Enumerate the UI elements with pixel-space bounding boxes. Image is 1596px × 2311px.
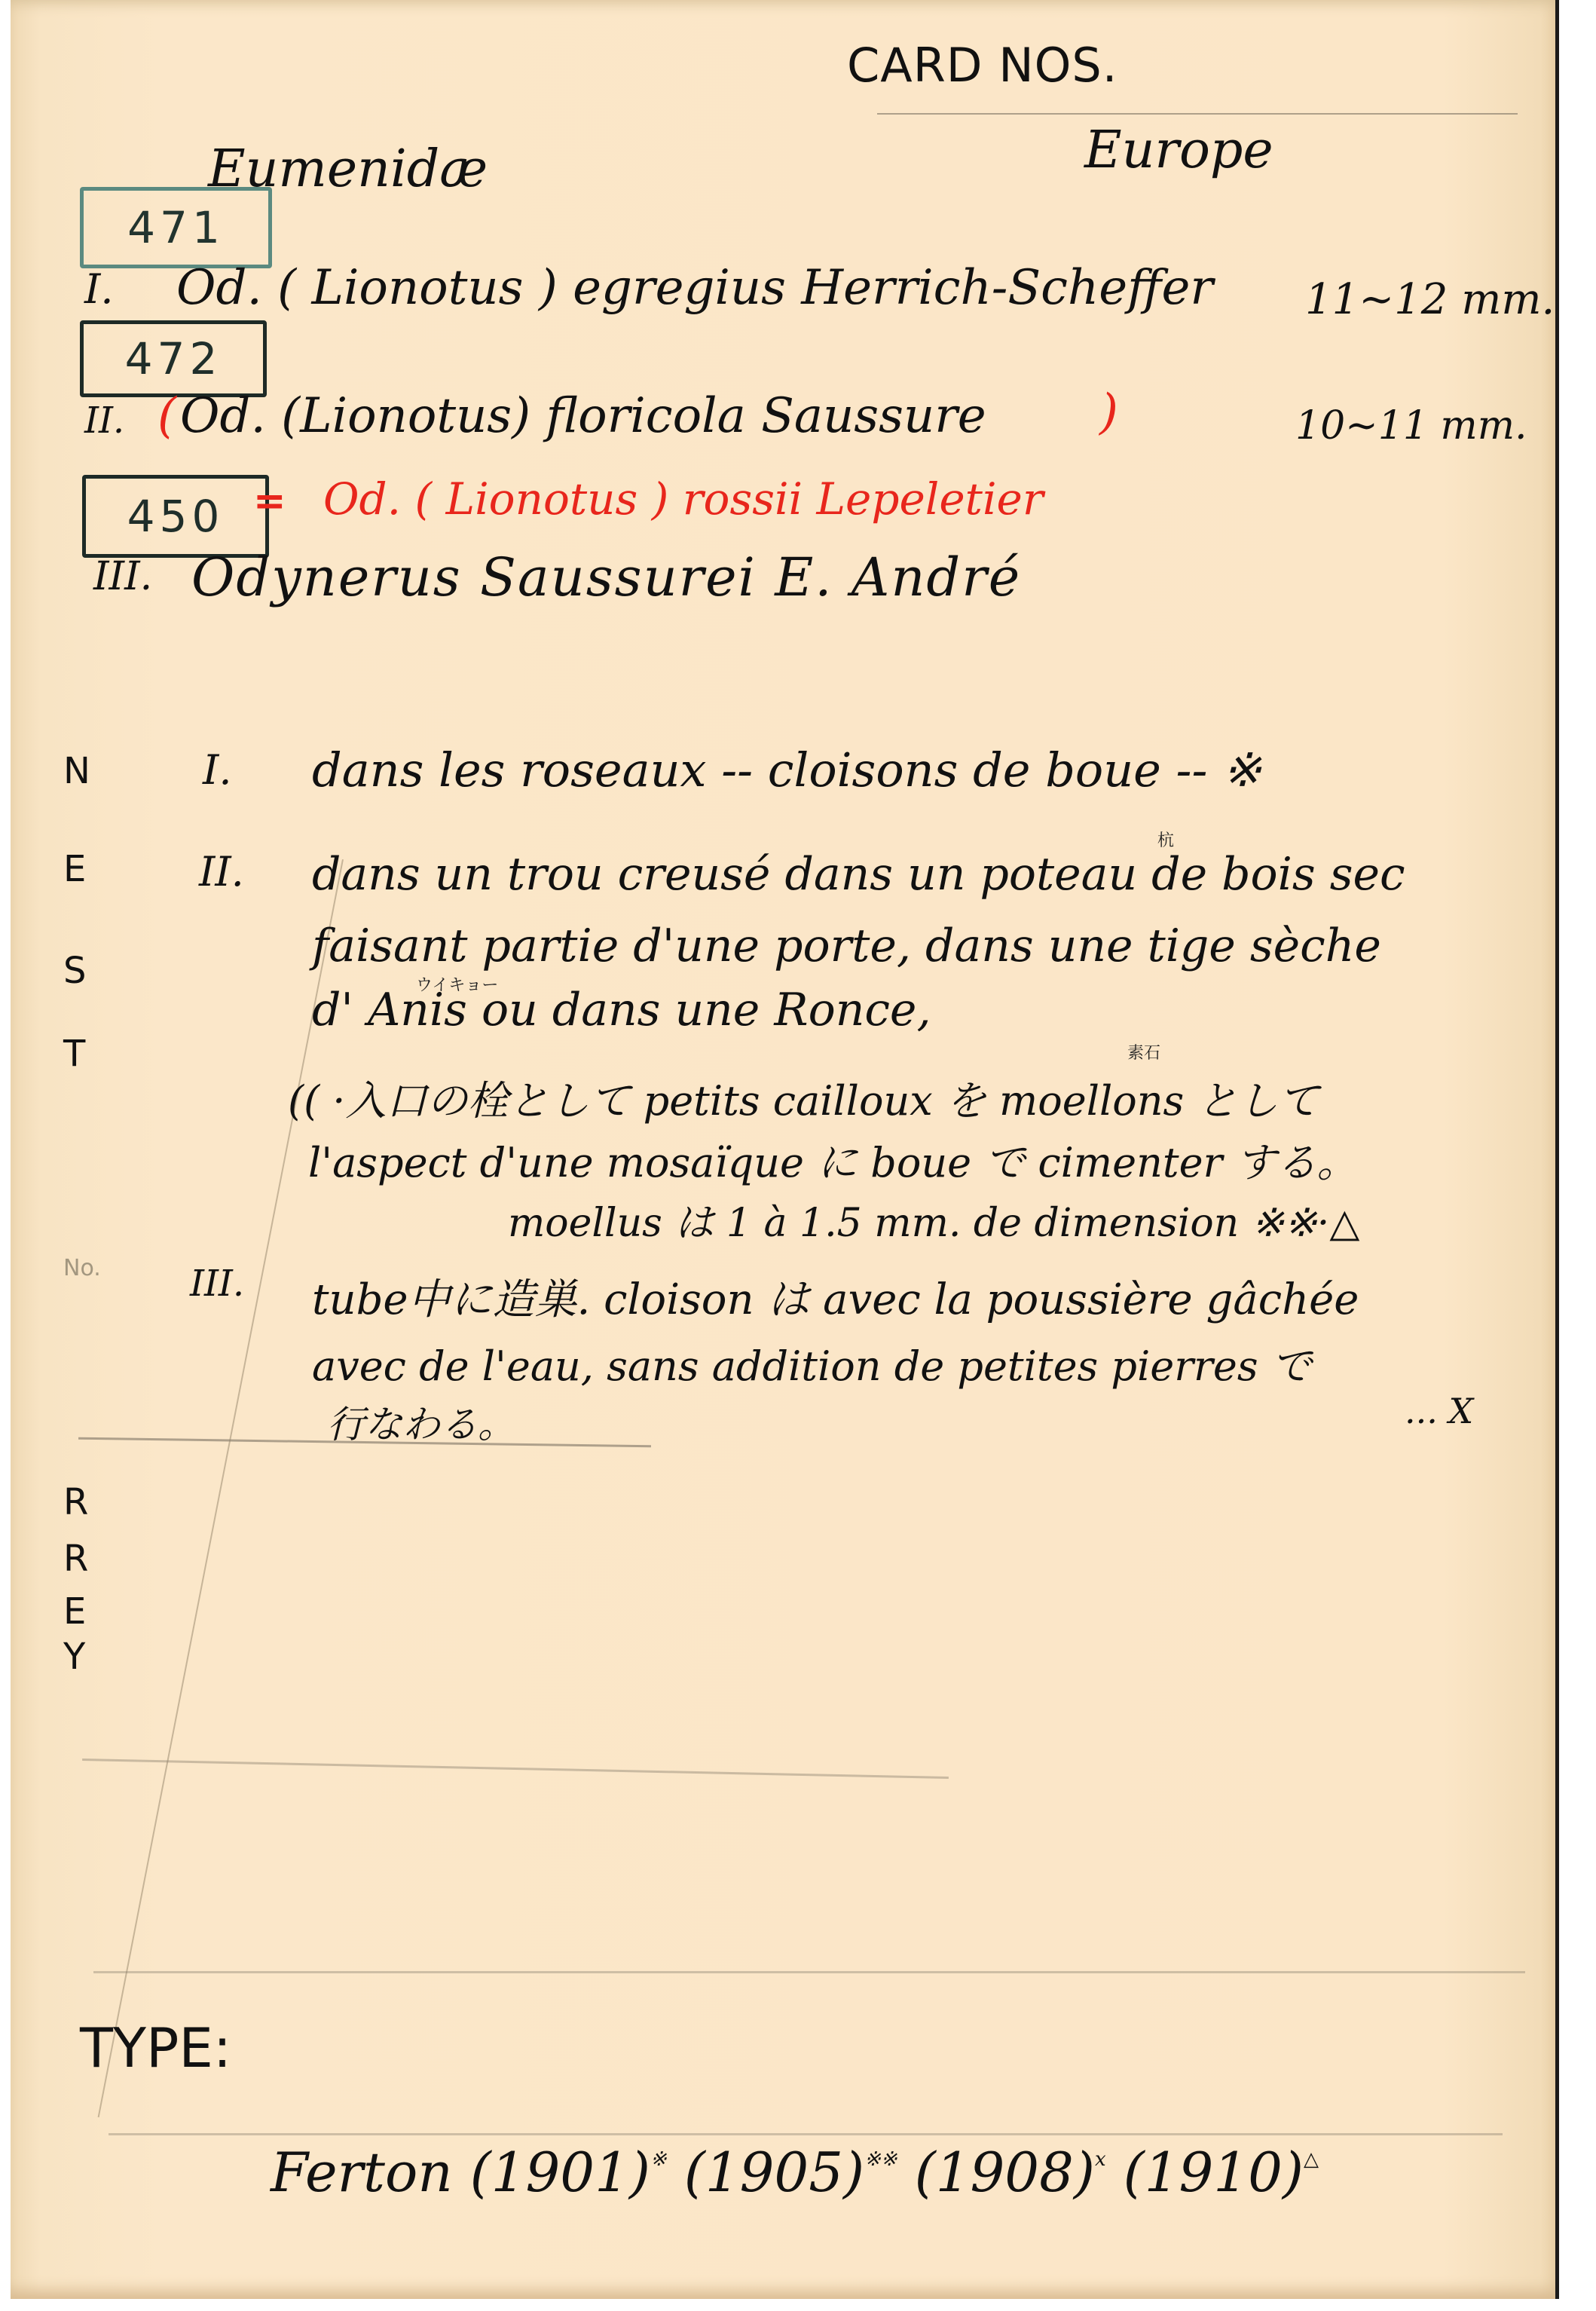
nest-line-1-1: dans les roseaux -- cloisons de boue -- …	[312, 742, 1261, 797]
card-number-box-472: 472	[80, 320, 267, 397]
ref-1905-mark: ※※	[864, 2148, 897, 2171]
ref-1905: (1905)	[684, 2141, 864, 2204]
type-label: TYPE:	[80, 2016, 231, 2080]
furigana-moellons: 素石	[1127, 1040, 1160, 1064]
species-name-1: Od. ( Lionotus ) egregius Herrich-Scheff…	[176, 260, 1213, 316]
paper-crease	[98, 859, 344, 2117]
ref-1910: (1910)	[1124, 2141, 1304, 2204]
nest-end-mark: ... X	[1405, 1391, 1473, 1431]
nest-numeral-3: III.	[190, 1263, 244, 1305]
margin-label-no: No.	[63, 1255, 101, 1281]
margin-letter-r1: R	[63, 1481, 88, 1523]
nest-numeral-1: I.	[203, 746, 232, 794]
species-close-paren-2: )	[1099, 384, 1118, 440]
separator-rule-2	[82, 1759, 949, 1779]
separator-rule-3	[93, 1971, 1525, 1973]
species-open-paren-2: (	[157, 388, 176, 444]
nest-line-2-1: dans un trou creusé dans un poteau de bo…	[312, 848, 1405, 901]
nest-line-3-2: avec de l'eau, sans addition de petites …	[312, 1334, 1312, 1392]
species-name-3: Odynerus Saussurei E. André	[191, 546, 1021, 608]
margin-letter-e: E	[63, 848, 86, 890]
card-nos-label: CARD NOS.	[847, 38, 1118, 93]
index-card: CARD NOS. Eumenidæ Europe 471 I. Od. ( L…	[11, 0, 1559, 2299]
nest-note-line-1: (( ·入口の栓として petits cailloux を moellons と…	[288, 1069, 1319, 1127]
species-numeral-1: I.	[84, 265, 114, 313]
nest-line-2-3: d' Anis ou dans une Ronce,	[312, 984, 931, 1036]
nest-note-line-2: l'aspect d'une mosaïque に boue で cimente…	[308, 1131, 1358, 1189]
card-number-box-471: 471	[80, 187, 272, 268]
margin-letter-r2: R	[63, 1538, 88, 1580]
species-name-2: Od. (Lionotus) floricola Saussure	[180, 388, 986, 444]
margin-letter-t: T	[63, 1033, 85, 1075]
nest-numeral-2: II.	[199, 848, 244, 895]
margin-letter-n: N	[63, 750, 90, 792]
nest-line-3-1: tube中に造巣. cloison は avec la poussière gâ…	[312, 1266, 1359, 1327]
separator-rule-4	[109, 2133, 1503, 2135]
species-numeral-3: III.	[93, 554, 152, 599]
type-author: Ferton	[271, 2141, 453, 2204]
ref-1910-mark: △	[1304, 2148, 1319, 2171]
nest-note-line-3: moellus は 1 à 1.5 mm. de dimension ※※·△	[508, 1191, 1359, 1247]
header-rule	[877, 113, 1518, 115]
ref-1901-mark: ※	[650, 2148, 667, 2171]
card-number-box-450: 450	[82, 475, 269, 558]
species-size-1: 11~12 mm.	[1305, 275, 1555, 324]
margin-letter-s: S	[63, 950, 86, 992]
ref-1908: (1908)	[915, 2141, 1095, 2204]
species-numeral-2: II.	[84, 399, 124, 442]
species-size-2: 10~11 mm.	[1295, 403, 1527, 448]
margin-letter-y: Y	[63, 1636, 85, 1678]
synonym-equals: =	[253, 479, 286, 524]
nest-line-2-2: faisant partie d'une porte, dans une tig…	[312, 920, 1381, 972]
ref-1901: (1901)	[470, 2141, 650, 2204]
ref-1908-mark: x	[1095, 2148, 1106, 2171]
margin-letter-e2: E	[63, 1590, 86, 1633]
region-name: Europe	[1084, 121, 1273, 180]
species-name-synonym: Od. ( Lionotus ) rossii Lepeletier	[323, 473, 1044, 525]
type-references: Ferton (1901)※ (1905)※※ (1908)x (1910)△	[271, 2141, 1319, 2204]
